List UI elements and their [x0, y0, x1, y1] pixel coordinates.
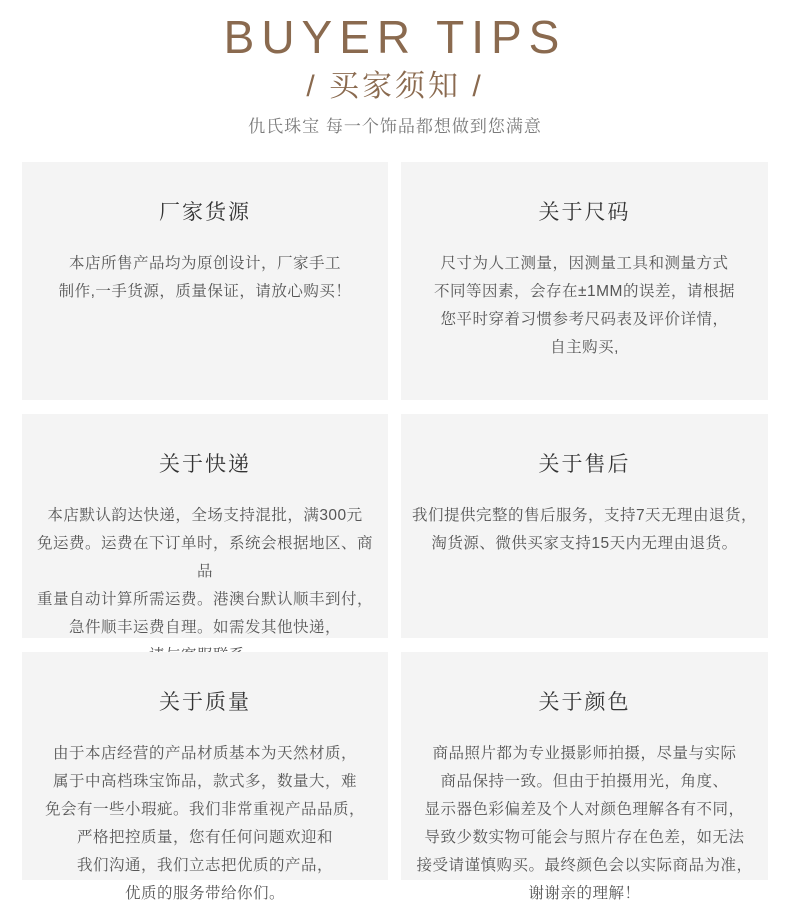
card-title: 关于快递: [22, 452, 388, 478]
card-title: 关于售后: [401, 452, 768, 478]
tip-card-aftersales: 关于售后 我们提供完整的售后服务，支持7天无理由退货， 淘货源、微供买家支持15…: [401, 414, 768, 638]
card-body: 商品照片都为专业摄影师拍摄，尽量与实际 商品保持一致。但由于拍摄用光，角度、 显…: [412, 740, 758, 902]
page-title: BUYER TIPS: [0, 12, 790, 62]
card-body: 尺寸为人工测量，因测量工具和测量方式 不同等因素，会存在±1MM的误差，请根据 …: [412, 250, 758, 362]
page-subtitle: / 买家须知 /: [0, 69, 790, 105]
tip-card-sizing: 关于尺码 尺寸为人工测量，因测量工具和测量方式 不同等因素，会存在±1MM的误差…: [401, 162, 768, 400]
tips-grid: 厂家货源 本店所售产品均为原创设计，厂家手工 制作,一手货源，质量保证，请放心购…: [0, 162, 790, 880]
tip-card-factory-source: 厂家货源 本店所售产品均为原创设计，厂家手工 制作,一手货源，质量保证，请放心购…: [22, 162, 388, 400]
card-body: 本店默认韵达快递，全场支持混批，满300元 免运费。运费在下订单时，系统会根据地…: [32, 502, 378, 670]
tip-card-color: 关于颜色 商品照片都为专业摄影师拍摄，尽量与实际 商品保持一致。但由于拍摄用光，…: [401, 652, 768, 880]
card-title: 关于质量: [22, 690, 388, 716]
buyer-tips-page: BUYER TIPS / 买家须知 / 仇氏珠宝 每一个饰品都想做到您满意 厂家…: [0, 0, 790, 902]
card-body: 本店所售产品均为原创设计，厂家手工 制作,一手货源，质量保证，请放心购买！: [32, 250, 378, 306]
tip-card-shipping: 关于快递 本店默认韵达快递，全场支持混批，满300元 免运费。运费在下订单时，系…: [22, 414, 388, 638]
card-title: 厂家货源: [22, 200, 388, 226]
store-tagline: 仇氏珠宝 每一个饰品都想做到您满意: [0, 116, 790, 138]
card-title: 关于尺码: [401, 200, 768, 226]
card-body: 由于本店经营的产品材质基本为天然材质， 属于中高档珠宝饰品，款式多，数量大，难 …: [32, 740, 378, 902]
tip-card-quality: 关于质量 由于本店经营的产品材质基本为天然材质， 属于中高档珠宝饰品，款式多，数…: [22, 652, 388, 880]
card-title: 关于颜色: [401, 690, 768, 716]
card-body: 我们提供完整的售后服务，支持7天无理由退货， 淘货源、微供买家支持15天内无理由…: [412, 502, 758, 558]
header: BUYER TIPS / 买家须知 / 仇氏珠宝 每一个饰品都想做到您满意: [0, 0, 790, 138]
